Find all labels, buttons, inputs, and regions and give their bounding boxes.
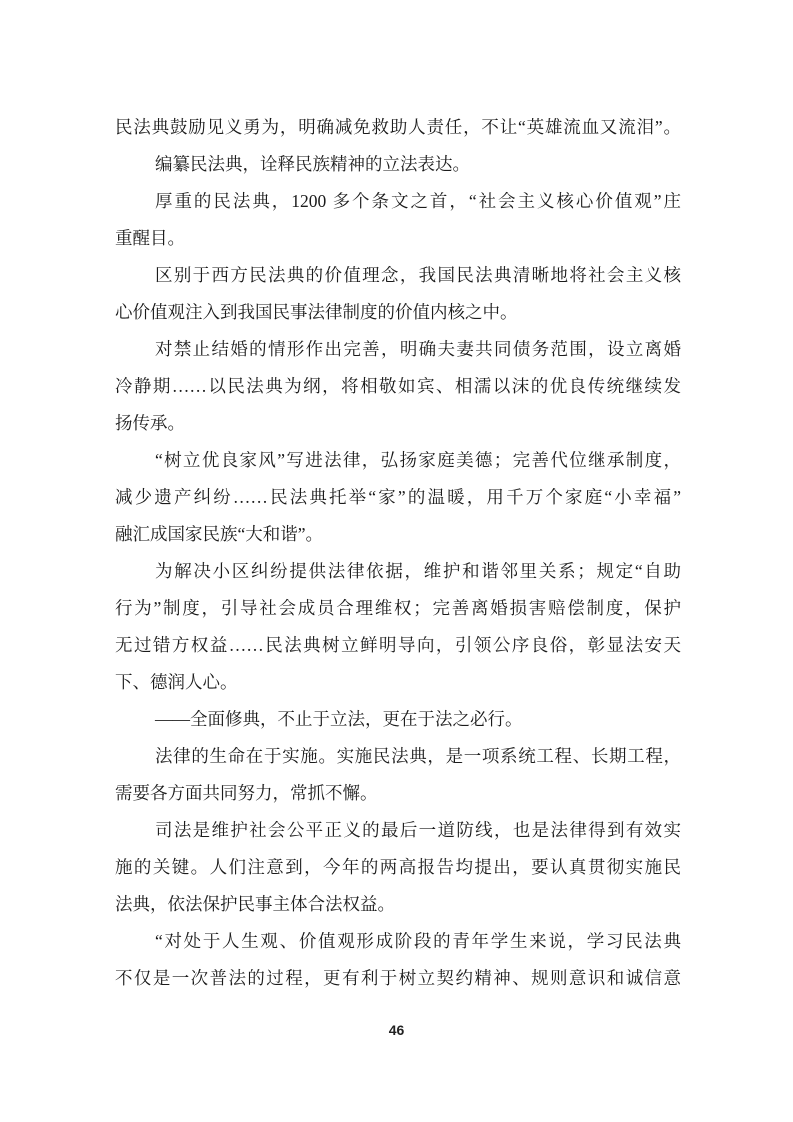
- text-line: “对处于人生观、价值观形成阶段的青年学生来说，学习民法典: [115, 923, 681, 960]
- text-line: 需要各方面共同努力，常抓不懈。: [115, 775, 681, 812]
- document-body-text: 民法典鼓励见义勇为，明确减免救助人责任，不让“英雄流血又流泪”。编纂民法典，诠释…: [115, 109, 681, 997]
- text-line: 重醒目。: [115, 220, 681, 257]
- text-line: 下、德润人心。: [115, 664, 681, 701]
- text-line: 减少遗产纠纷……民法典托举“家”的温暖，用千万个家庭“小幸福”: [115, 479, 681, 516]
- text-line: 施的关键。人们注意到，今年的两高报告均提出，要认真贯彻实施民: [115, 849, 681, 886]
- document-page: 民法典鼓励见义勇为，明确减免救助人责任，不让“英雄流血又流泪”。编纂民法典，诠释…: [0, 0, 793, 1122]
- text-line: 编纂民法典，诠释民族精神的立法表达。: [115, 146, 681, 183]
- text-line: 民法典鼓励见义勇为，明确减免救助人责任，不让“英雄流血又流泪”。: [115, 109, 681, 146]
- text-line: 无过错方权益……民法典树立鲜明导向，引领公序良俗，彰显法安天: [115, 627, 681, 664]
- text-line: 不仅是一次普法的过程，更有利于树立契约精神、规则意识和诚信意: [115, 960, 681, 997]
- text-line: 扬传承。: [115, 405, 681, 442]
- text-line: 厚重的民法典，1200 多个条文之首，“社会主义核心价值观”庄: [115, 183, 681, 220]
- text-line: 心价值观注入到我国民事法律制度的价值内核之中。: [115, 294, 681, 331]
- text-line: 为解决小区纠纷提供法律依据，维护和谐邻里关系；规定“自助: [115, 553, 681, 590]
- text-line: 法律的生命在于实施。实施民法典，是一项系统工程、长期工程，: [115, 738, 681, 775]
- text-line: 融汇成国家民族“大和谐”。: [115, 516, 681, 553]
- text-line: 法典，依法保护民事主体合法权益。: [115, 886, 681, 923]
- text-line: 冷静期……以民法典为纲，将相敬如宾、相濡以沫的优良传统继续发: [115, 368, 681, 405]
- page-number: 46: [0, 1022, 793, 1038]
- text-line: 区别于西方民法典的价值理念，我国民法典清晰地将社会主义核: [115, 257, 681, 294]
- text-line: ——全面修典，不止于立法，更在于法之必行。: [115, 701, 681, 738]
- text-line: 对禁止结婚的情形作出完善，明确夫妻共同债务范围，设立离婚: [115, 331, 681, 368]
- text-line: “树立优良家风”写进法律，弘扬家庭美德；完善代位继承制度，: [115, 442, 681, 479]
- text-line: 行为”制度，引导社会成员合理维权；完善离婚损害赔偿制度，保护: [115, 590, 681, 627]
- text-line: 司法是维护社会公平正义的最后一道防线，也是法律得到有效实: [115, 812, 681, 849]
